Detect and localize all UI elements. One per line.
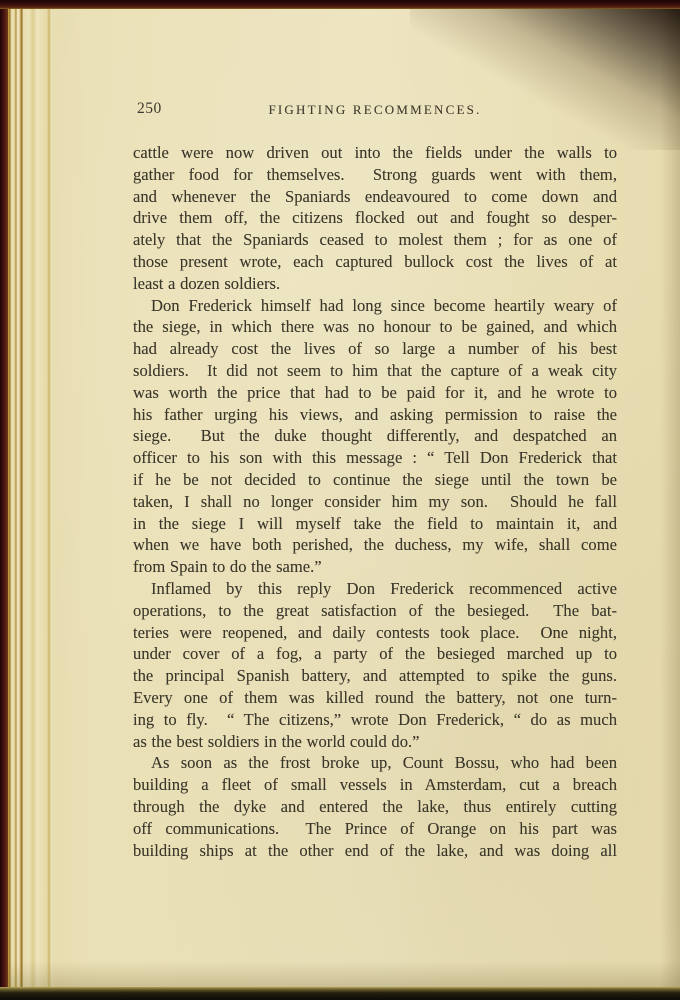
page-right-shading bbox=[660, 7, 680, 987]
text-line: was worth the price that had to be paid … bbox=[133, 382, 617, 404]
paragraph: Inflamed by this reply Don Frederick rec… bbox=[133, 578, 617, 752]
text-line: siege. But the duke thought differently,… bbox=[133, 425, 617, 447]
text-line: off communications. The Prince of Orange… bbox=[133, 818, 617, 840]
book-cover-edge-bottom bbox=[0, 987, 680, 1000]
text-line: the siege, in which there was no honour … bbox=[133, 316, 617, 338]
text-line: when we have both perished, the duchess,… bbox=[133, 534, 617, 556]
text-line: Every one of them was killed round the b… bbox=[133, 687, 617, 709]
text-line: his father urging his views, and asking … bbox=[133, 404, 617, 426]
text-line: operations, to the great satisfaction of… bbox=[133, 600, 617, 622]
text-line: teries were reopened, and daily contests… bbox=[133, 622, 617, 644]
text-line: those present wrote, each captured bullo… bbox=[133, 251, 617, 273]
text-line: through the dyke and entered the lake, t… bbox=[133, 796, 617, 818]
book-cover-edge-left bbox=[0, 0, 8, 1000]
text-line: under cover of a fog, a party of the bes… bbox=[133, 643, 617, 665]
text-line: drive them off, the citizens flocked out… bbox=[133, 207, 617, 229]
text-line: in the siege I will myself take the fiel… bbox=[133, 513, 617, 535]
paragraph: As soon as the frost broke up, Count Bos… bbox=[133, 752, 617, 861]
body-text: cattle were now driven out into the fiel… bbox=[133, 142, 617, 861]
text-line: soldiers. It did not seem to him that th… bbox=[133, 360, 617, 382]
text-line: building ships at the other end of the l… bbox=[133, 840, 617, 862]
corner-shadow bbox=[410, 0, 680, 150]
text-line: taken, I shall no longer consider him my… bbox=[133, 491, 617, 513]
printed-page-content: 250 FIGHTING RECOMMENCES. cattle were no… bbox=[133, 100, 617, 861]
text-line: and whenever the Spaniards endeavoured t… bbox=[133, 186, 617, 208]
book-page: 250 FIGHTING RECOMMENCES. cattle were no… bbox=[8, 7, 680, 987]
text-line: had already cost the lives of so large a… bbox=[133, 338, 617, 360]
text-line: ately that the Spaniards ceased to moles… bbox=[133, 229, 617, 251]
page-bottom-shading bbox=[8, 961, 680, 987]
text-line: if he be not decided to continue the sie… bbox=[133, 469, 617, 491]
stacked-page-edges bbox=[8, 7, 58, 987]
text-line: building a fleet of small vessels in Ams… bbox=[133, 774, 617, 796]
book-cover-edge-top bbox=[0, 0, 680, 9]
text-line: from Spain to do the same.” bbox=[133, 556, 617, 578]
text-line: gather food for themselves. Strong guard… bbox=[133, 164, 617, 186]
paragraph: cattle were now driven out into the fiel… bbox=[133, 142, 617, 295]
text-line: as the best soldiers in the world could … bbox=[133, 731, 617, 753]
text-line: ing to fly. “ The citizens,” wrote Don F… bbox=[133, 709, 617, 731]
text-line: officer to his son with this message : “… bbox=[133, 447, 617, 469]
text-line: Inflamed by this reply Don Frederick rec… bbox=[133, 578, 617, 600]
text-line: the principal Spanish battery, and attem… bbox=[133, 665, 617, 687]
text-line: least a dozen soldiers. bbox=[133, 273, 617, 295]
text-line: Don Frederick himself had long since bec… bbox=[133, 295, 617, 317]
text-line: As soon as the frost broke up, Count Bos… bbox=[133, 752, 617, 774]
paragraph: Don Frederick himself had long since bec… bbox=[133, 295, 617, 578]
